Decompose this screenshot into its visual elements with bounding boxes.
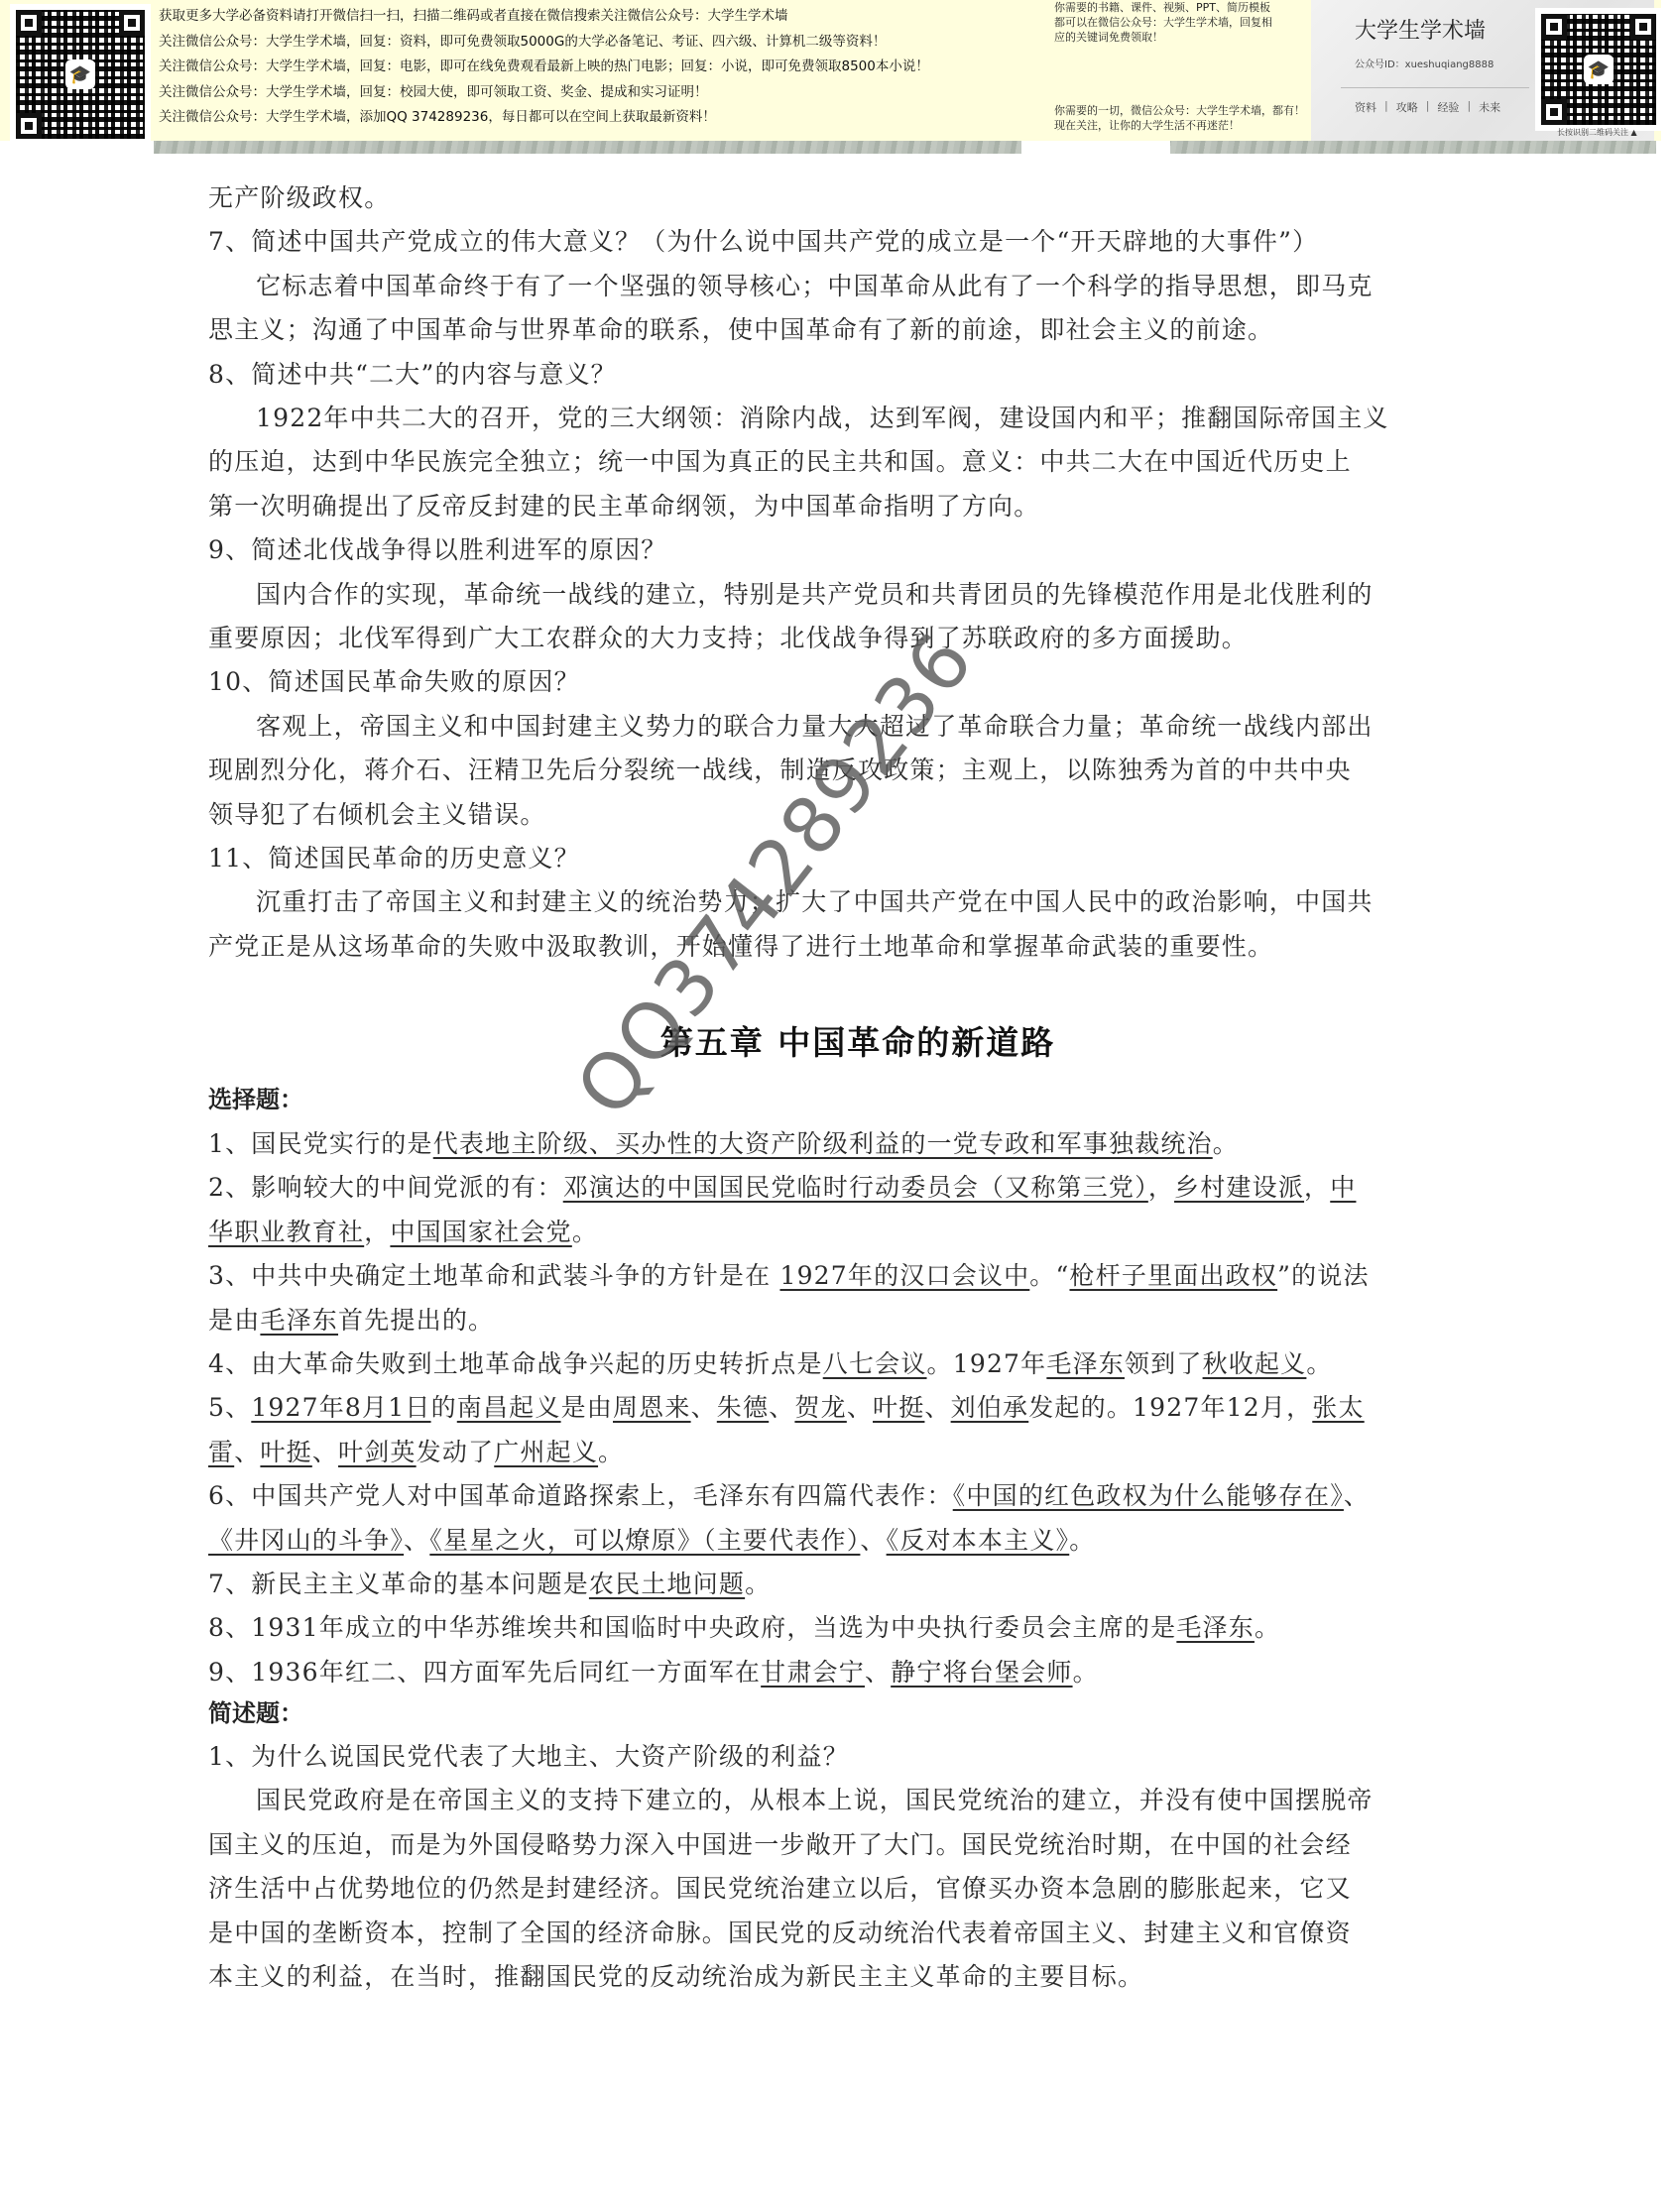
question-text: 、: [860, 1526, 886, 1555]
text-line: 1、为什么说国民党代表了大地主、大资产阶级的利益？: [208, 1740, 849, 1774]
answer-underlined: 华职业教育社: [208, 1218, 364, 1246]
text-line: 领导犯了右倾机会主义错误。: [208, 798, 546, 832]
answer-underlined: 叶剑英: [338, 1438, 417, 1466]
question-text: 首先提出的。: [338, 1306, 494, 1335]
banner-line: 关注微信公众号：大学生学术墙，回复：校园大使，即可领取工资、奖金、提成和实习证明…: [159, 80, 1051, 106]
answer-underlined: 农民土地问题: [589, 1570, 745, 1598]
answer-underlined: 毛泽东: [1046, 1349, 1125, 1378]
tag-future: 未来: [1479, 99, 1500, 115]
tag-materials: 资料: [1355, 99, 1376, 115]
question-line: 是由毛泽东首先提出的。: [208, 1304, 494, 1338]
divider: [1341, 87, 1529, 88]
qr-code-right[interactable]: 🎓: [1535, 8, 1662, 131]
answer-underlined: 中国国家社会党: [390, 1218, 571, 1246]
text-line: 现剧烈分化，蒋介石、汪精卫先后分裂统一战线，制造反攻政策；主观上，以陈独秀为首的…: [208, 754, 1352, 787]
text-line: 它标志着中国革命终于有了一个坚强的领导核心；中国革命从此有了一个科学的指导思想，…: [256, 270, 1374, 303]
question-line: 2、影响较大的中间党派的有：邓演达的中国国民党临时行动委员会（又称第三党），乡村…: [208, 1171, 1356, 1205]
answer-underlined: 秋收起义: [1203, 1349, 1307, 1378]
question-text: 、: [1344, 1481, 1370, 1510]
account-id: 公众号ID：xueshuqiang8888: [1355, 56, 1494, 70]
banner-line: 获取更多大学必备资料请打开微信扫一扫，扫描二维码或者直接在微信搜索关注微信公众号…: [159, 4, 1051, 30]
answer-underlined: 周恩来: [613, 1393, 691, 1422]
text-line: 1922年中共二大的召开，党的三大纲领：消除内战，达到军阀，建设国内和平；推翻国…: [256, 402, 1389, 435]
question-text: 是由: [208, 1306, 260, 1335]
answer-underlined: 静宁将台堡会师: [891, 1658, 1072, 1687]
banner-note-line: 现在关注，让你的大学生活不再迷茫！: [1054, 118, 1312, 133]
banner-note-line: 你需要的书籍、课件、视频、PPT、简历模板: [1054, 0, 1312, 15]
question-line: 6、中国共产党人对中国革命道路探索上，毛泽东有四篇代表作：《中国的红色政权为什么…: [208, 1479, 1370, 1513]
text-line: 国内合作的实现，革命统一战线的建立，特别是共产党员和共青团员的先锋模范作用是北伐…: [256, 578, 1374, 612]
account-name: 大学生学术墙: [1355, 14, 1486, 45]
question-text: 。: [1213, 1129, 1239, 1158]
question-text: 。“: [1029, 1261, 1069, 1290]
graduation-cap-icon: 🎓: [65, 59, 95, 89]
banner-line: 关注微信公众号：大学生学术墙，回复：电影，即可在线免费观看最新上映的热门电影；回…: [159, 55, 1051, 80]
text-line: 11、简述国民革命的历史意义？: [208, 842, 580, 875]
question-text: 。: [1069, 1526, 1095, 1555]
question-text: 发动了: [417, 1438, 495, 1466]
separator: |: [1467, 99, 1471, 115]
question-text: 。: [1306, 1349, 1332, 1378]
question-line: 7、新民主主义革命的基本问题是农民土地问题。: [208, 1568, 771, 1601]
answer-underlined: 毛泽东: [1176, 1613, 1255, 1642]
question-line: 《井冈山的斗争》、《星星之火，可以燎原》（主要代表作）、《反对本本主义》。: [208, 1524, 1095, 1558]
chapter-title: 第五章 中国革命的新道路: [208, 1021, 1507, 1065]
answer-underlined: 《反对本本主义》: [887, 1526, 1070, 1555]
account-tags: 资料 | 攻略 | 经验 | 未来: [1355, 99, 1500, 115]
promo-banner: 🎓 获取更多大学必备资料请打开微信扫一扫，扫描二维码或者直接在微信搜索关注微信公…: [0, 0, 1674, 154]
answer-underlined: 叶挺: [260, 1438, 311, 1466]
question-text: 8、1931年成立的中华苏维埃共和国临时中央政府，当选为中央执行委员会主席的是: [208, 1613, 1176, 1642]
answer-underlined: 雷: [208, 1438, 234, 1466]
tag-guides: 攻略: [1396, 99, 1418, 115]
banner-line: 关注微信公众号：大学生学术墙，回复：资料，即可免费领取5000G的大学必备笔记、…: [159, 30, 1051, 56]
answer-underlined: 枪杆子里面出政权: [1069, 1261, 1277, 1290]
answer-underlined: 张太: [1312, 1393, 1364, 1422]
text-line: 国主义的压迫，而是为外国侵略势力深入中国进一步敞开了大门。国民党统治时期，在中国…: [208, 1828, 1352, 1862]
banner-note-line: 应的关键词免费领取！: [1054, 30, 1312, 45]
text-line: 的压迫，达到中华民族完全独立；统一中国为真正的民主共和国。意义：中共二大在中国近…: [208, 445, 1352, 479]
question-line: 4、由大革命失败到土地革命战争兴起的历史转折点是八七会议。1927年毛泽东领到了…: [208, 1347, 1333, 1381]
qr-code-left[interactable]: 🎓: [10, 4, 151, 145]
question-text: 是由: [561, 1393, 613, 1422]
text-line: 思主义；沟通了中国革命与世界革命的联系，使中国革命有了新的前途，即社会主义的前途…: [208, 313, 1273, 347]
tag-experience: 经验: [1437, 99, 1459, 115]
question-text: 、: [234, 1438, 260, 1466]
question-text: 7、新民主主义革命的基本问题是: [208, 1570, 589, 1598]
qr-finder-icon: [16, 10, 42, 36]
question-text: 、: [691, 1393, 717, 1422]
answer-underlined: 甘肃会宁: [761, 1658, 865, 1687]
banner-note-line: 你需要的一切，微信公众号：大学生学术墙，都有！: [1054, 103, 1312, 118]
question-text: 。: [1073, 1658, 1099, 1687]
question-line: 9、1936年红二、四方面军先后同红一方面军在甘肃会宁、静宁将台堡会师。: [208, 1656, 1099, 1689]
question-text: 、: [769, 1393, 794, 1422]
text-line: 本主义的利益，在当时，推翻国民党的反动统治成为新民主主义革命的主要目标。: [208, 1960, 1143, 1994]
question-text: 9、1936年红二、四方面军先后同红一方面军在: [208, 1658, 761, 1687]
text-line: 9、简述北伐战争得以胜利进军的原因？: [208, 533, 667, 567]
banner-note-line: 都可以在微信公众号：大学生学术墙，回复相: [1054, 15, 1312, 30]
question-text: 2、影响较大的中间党派的有：: [208, 1173, 563, 1202]
question-text: 1、国民党实行的是: [208, 1129, 433, 1158]
question-text: 。: [572, 1218, 598, 1246]
question-text: 的: [431, 1393, 457, 1422]
essay-heading: 简述题：: [208, 1696, 303, 1730]
question-text: ，: [364, 1218, 390, 1246]
text-line: 8、简述中共“二大”的内容与意义？: [208, 358, 617, 392]
question-text: 、: [924, 1393, 950, 1422]
question-text: 4、由大革命失败到土地革命战争兴起的历史转折点是: [208, 1349, 823, 1378]
banner-text-lines: 获取更多大学必备资料请打开微信扫一扫，扫描二维码或者直接在微信搜索关注微信公众号…: [159, 4, 1051, 131]
text-line: 客观上，帝国主义和中国封建主义势力的联合力量大大超过了革命联合力量；革命统一战线…: [256, 710, 1374, 744]
question-text: ，: [1304, 1173, 1330, 1202]
question-text: ”的说法: [1277, 1261, 1370, 1290]
banner-line: 关注微信公众号：大学生学术墙，添加QQ 374289236，每日都可以在空间上获…: [159, 105, 1051, 131]
answer-underlined: 邓演达的中国国民党临时行动委员会（又称第三党）: [563, 1173, 1148, 1202]
question-text: 领到了: [1125, 1349, 1203, 1378]
qr-finder-icon: [1541, 99, 1567, 125]
answer-underlined: 八七会议: [823, 1349, 927, 1378]
answer-underlined: 1927年8月1日: [251, 1393, 430, 1422]
answer-underlined: 中: [1330, 1173, 1356, 1202]
qr-finder-icon: [1630, 14, 1656, 40]
answer-underlined: 《中国的红色政权为什么能够存在》: [953, 1481, 1344, 1510]
text-line: 7、简述中国共产党成立的伟大意义？（为什么说中国共产党的成立是一个“开天辟地的大…: [208, 225, 1318, 259]
question-text: 。: [1255, 1613, 1280, 1642]
question-text: 。: [598, 1438, 624, 1466]
question-text: 发起的。1927年12月，: [1028, 1393, 1312, 1422]
question-text: 、: [312, 1438, 338, 1466]
question-line: 雷、叶挺、叶剑英发动了广州起义。: [208, 1436, 624, 1469]
qr-finder-icon: [119, 10, 145, 36]
text-line: 国民党政府是在帝国主义的支持下建立的，从根本上说，国民党统治的建立，并没有使中国…: [256, 1784, 1374, 1817]
answer-underlined: 广州起义: [494, 1438, 598, 1466]
question-text: 。: [745, 1570, 771, 1598]
question-line: 1、国民党实行的是代表地主阶级、买办性的大资产阶级利益的一党专政和军事独裁统治。: [208, 1127, 1239, 1161]
question-text: ，: [1148, 1173, 1174, 1202]
graduation-cap-icon: 🎓: [1584, 55, 1614, 84]
text-line: 第一次明确提出了反帝反封建的民主革命纲领，为中国革命指明了方向。: [208, 490, 1039, 524]
text-line: 产党正是从这场革命的失败中汲取教训，开始懂得了进行土地革命和掌握革命武装的重要性…: [208, 930, 1273, 964]
question-line: 3、中共中央确定土地革命和武装斗争的方针是在 1927年的汉口会议中。“枪杆子里…: [208, 1259, 1370, 1293]
qr-finder-icon: [16, 113, 42, 139]
question-text: 、: [847, 1393, 873, 1422]
banner-gap: [1021, 139, 1170, 154]
question-text: 。1927年: [927, 1349, 1047, 1378]
choice-heading: 选择题：: [208, 1083, 303, 1116]
answer-underlined: 朱德: [717, 1393, 769, 1422]
answer-underlined: 代表地主阶级、买办性的大资产阶级利益的一党专政和军事独裁统治: [433, 1129, 1213, 1158]
answer-underlined: 叶挺: [873, 1393, 924, 1422]
question-text: 、: [865, 1658, 891, 1687]
answer-underlined: 乡村建设派: [1174, 1173, 1304, 1202]
answer-underlined: 毛泽东: [260, 1306, 338, 1335]
answer-underlined: 1927年的汉口会议中: [779, 1261, 1029, 1290]
question-line: 8、1931年成立的中华苏维埃共和国临时中央政府，当选为中央执行委员会主席的是毛…: [208, 1611, 1280, 1645]
question-text: 3、中共中央确定土地革命和武装斗争的方针是在: [208, 1261, 779, 1290]
text-line: 无产阶级政权。: [208, 181, 390, 215]
answer-underlined: 贺龙: [794, 1393, 846, 1422]
qr-caption: 长按识别二维码关注 ▲: [1557, 127, 1637, 138]
answer-underlined: 《星星之火，可以燎原》（主要代表作）: [429, 1526, 860, 1555]
banner-note-top: 你需要的书籍、课件、视频、PPT、简历模板 都可以在微信公众号：大学生学术墙，回…: [1054, 0, 1312, 45]
question-text: 6、中国共产党人对中国革命道路探索上，毛泽东有四篇代表作：: [208, 1481, 953, 1510]
question-line: 5、1927年8月1日的南昌起义是由周恩来、朱德、贺龙、叶挺、刘伯承发起的。19…: [208, 1391, 1365, 1425]
question-line: 华职业教育社，中国国家社会党。: [208, 1216, 598, 1249]
answer-underlined: 《井冈山的斗争》: [208, 1526, 404, 1555]
banner-note-bottom: 你需要的一切，微信公众号：大学生学术墙，都有！ 现在关注，让你的大学生活不再迷茫…: [1054, 103, 1312, 133]
answer-underlined: 南昌起义: [457, 1393, 561, 1422]
qr-finder-icon: [1541, 14, 1567, 40]
separator: |: [1384, 99, 1388, 115]
answer-underlined: 刘伯承: [951, 1393, 1029, 1422]
separator: |: [1426, 99, 1430, 115]
qr-code-icon: 🎓: [1541, 14, 1656, 125]
text-line: 10、简述国民革命失败的原因？: [208, 665, 580, 699]
qr-code-icon: 🎓: [16, 10, 145, 139]
text-line: 济生活中占优势地位的仍然是封建经济。国民党统治建立以后，官僚买办资本急剧的膨胀起…: [208, 1872, 1352, 1906]
text-line: 沉重打击了帝国主义和封建主义的统治势力；扩大了中国共产党在中国人民中的政治影响，…: [256, 885, 1374, 919]
text-line: 是中国的垄断资本，控制了全国的经济命脉。国民党的反动统治代表着帝国主义、封建主义…: [208, 1917, 1352, 1950]
text-line: 重要原因；北伐军得到广大工农群众的大力支持；北伐战争得到了苏联政府的多方面援助。: [208, 622, 1248, 655]
question-text: 、: [404, 1526, 429, 1555]
question-text: 5、: [208, 1393, 251, 1422]
